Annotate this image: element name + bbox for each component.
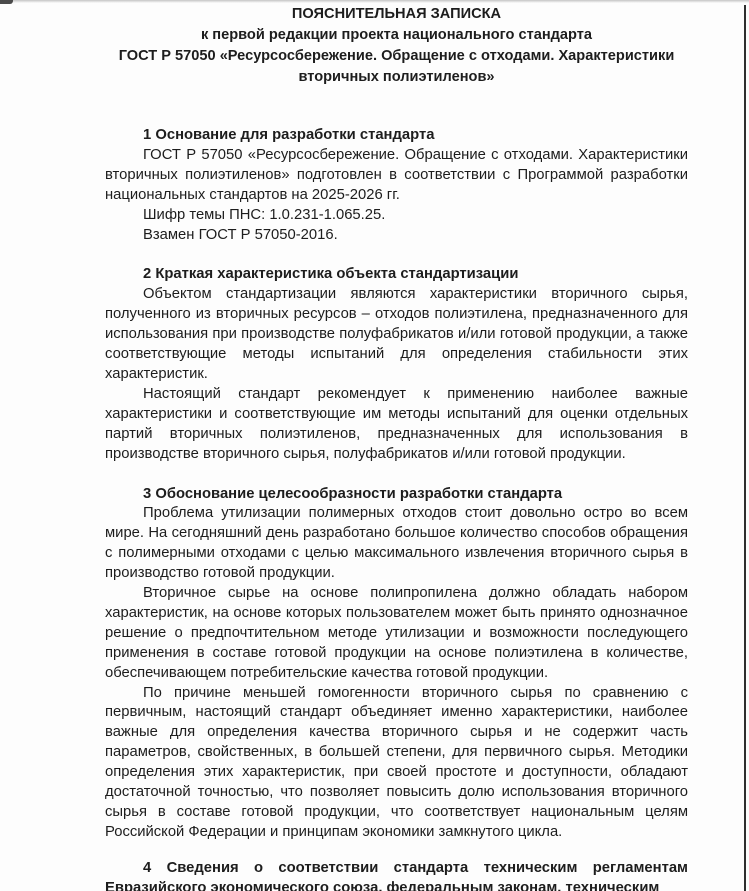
section-2-heading: 2 Краткая характеристика объекта стандар…	[105, 265, 688, 285]
title-line-3: ГОСТ Р 57050 «Ресурсосбережение. Обращен…	[105, 46, 688, 67]
title-line-2: к первой редакции проекта национального …	[105, 25, 688, 46]
section-2-paragraph-2: Настоящий стандарт рекомендует к примене…	[105, 385, 688, 465]
section-3-paragraph-3: По причине меньшей гомогенности вторично…	[105, 684, 688, 843]
title-line-4: вторичных полиэтиленов»	[105, 67, 688, 88]
section-1-paragraph: ГОСТ Р 57050 «Ресурсосбережение. Обращен…	[105, 146, 688, 206]
section-4-heading: 4 Сведения о соответствии стандарта техн…	[105, 859, 688, 891]
section-3-paragraph-1: Проблема утилизации полимерных отходов с…	[105, 504, 688, 584]
document-title: ПОЯСНИТЕЛЬНАЯ ЗАПИСКА к первой редакции …	[105, 0, 688, 88]
section-1-basis: 1 Основание для разработки стандарта ГОС…	[105, 126, 688, 245]
document-page: ПОЯСНИТЕЛЬНАЯ ЗАПИСКА к первой редакции …	[0, 0, 749, 891]
document-content: ПОЯСНИТЕЛЬНАЯ ЗАПИСКА к первой редакции …	[105, 0, 688, 891]
scan-right-edge-line	[744, 5, 746, 891]
title-line-1: ПОЯСНИТЕЛЬНАЯ ЗАПИСКА	[105, 4, 688, 25]
section-3-heading: 3 Обоснование целесообразности разработк…	[105, 485, 688, 505]
section-2-paragraph-1: Объектом стандартизации являются характе…	[105, 285, 688, 385]
section-3-rationale: 3 Обоснование целесообразности разработк…	[105, 485, 688, 843]
section-1-pns-code-line: Шифр темы ПНС: 1.0.231-1.065.25.	[105, 206, 688, 226]
scan-corner-mark	[0, 0, 13, 4]
section-4-compliance: 4 Сведения о соответствии стандарта техн…	[105, 859, 688, 891]
section-2-object-characteristic: 2 Краткая характеристика объекта стандар…	[105, 265, 688, 464]
section-3-paragraph-2: Вторичное сырье на основе полипропилена …	[105, 584, 688, 684]
section-1-replaces-line: Взамен ГОСТ Р 57050-2016.	[105, 226, 688, 246]
section-1-heading: 1 Основание для разработки стандарта	[105, 126, 688, 146]
